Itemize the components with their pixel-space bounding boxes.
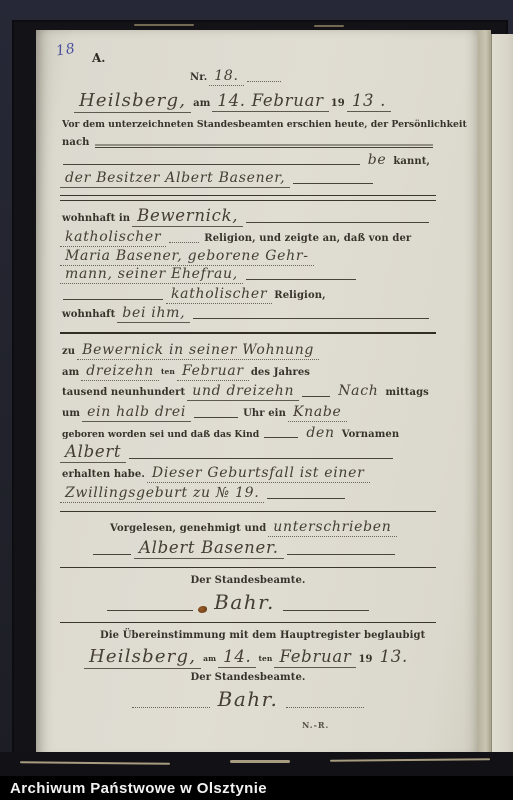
handwritten-text: Heilsberg, xyxy=(84,646,201,669)
blank-line xyxy=(132,707,210,708)
cover-wear-mark xyxy=(314,25,344,27)
bekannt-line: bekannt, xyxy=(60,152,436,169)
printed-text: am xyxy=(60,367,81,378)
closing-rule xyxy=(60,511,436,514)
handwritten-text: 14. Februar xyxy=(212,91,328,112)
blank-line xyxy=(107,610,193,611)
blank-line xyxy=(287,554,395,555)
residence-line: wohnhaft inBewernick, xyxy=(60,206,436,227)
religion-line: katholischerReligion, und zeigte an, daß… xyxy=(60,229,436,247)
certification-rule xyxy=(60,622,436,625)
blank-line xyxy=(169,242,199,243)
printed-text: Religion, und zeigte an, daß von der xyxy=(202,233,413,244)
nach-line: nach xyxy=(60,137,436,152)
twin-note-line-1: erhalten habe.Dieser Geburtsfall ist ein… xyxy=(60,465,436,483)
blank-line xyxy=(63,164,360,165)
printed-text: wohnhaft xyxy=(60,309,117,320)
printed-text: ten xyxy=(256,654,274,663)
handwritten-text: Februar xyxy=(177,363,249,381)
scanned-register-photo: 18 A. Nr.18.Heilsberg,am14. Februar1913 … xyxy=(0,0,513,800)
section-letter: A. xyxy=(92,51,106,65)
certification-dateline: Heilsberg,am14.tenFebruar1913. xyxy=(60,646,436,669)
handwritten-text: Bewernick in seiner Wohnung xyxy=(77,342,319,360)
intro-line: Vor dem unterzeichneten Standesbeamten e… xyxy=(60,119,436,134)
printed-text: Vorgelesen, genehmigt und xyxy=(108,523,268,534)
handwritten-text: 18. xyxy=(209,68,243,86)
printed-text: geboren worden sei und daß das Kind xyxy=(60,429,261,440)
handwritten-text: Bahr. xyxy=(209,590,280,615)
handwritten-text: ein halb drei xyxy=(82,404,191,422)
blank-line xyxy=(286,707,364,708)
blank-line xyxy=(95,147,433,148)
archive-watermark-text: Archiwum Państwowe w Olsztynie xyxy=(0,780,267,797)
printed-text: mittags xyxy=(383,387,430,398)
mother-line-1: Maria Basener, geborene Gehr- xyxy=(60,248,436,266)
section-rule xyxy=(60,332,436,336)
dateline: Heilsberg,am14. Februar1913 . xyxy=(60,90,436,113)
cover-wear-mark xyxy=(134,24,194,26)
printed-text: wohnhaft in xyxy=(60,213,132,224)
printed-text: nach xyxy=(60,137,92,148)
divider xyxy=(60,195,436,201)
printed-text: 19 xyxy=(329,98,347,109)
registrar-title-2: Der Standesbeamte. xyxy=(60,672,436,687)
blank-line xyxy=(246,279,356,280)
printed-text: 19 xyxy=(356,654,374,665)
facing-page-edge xyxy=(491,34,513,760)
printed-text: Uhr ein xyxy=(241,408,288,419)
register-page: 18 A. Nr.18.Heilsberg,am14. Februar1913 … xyxy=(36,30,478,757)
handwritten-text: der Besitzer Albert Basener, xyxy=(60,170,290,188)
printed-text: ten xyxy=(159,367,177,376)
handwritten-text: katholischer xyxy=(60,229,166,247)
archive-watermark-bar: Archiwum Państwowe w Olsztynie xyxy=(0,776,513,800)
child-line: geboren worden sei und daß das KinddenVo… xyxy=(60,425,436,442)
handwritten-text: Bahr. xyxy=(213,687,284,712)
registrar-signature-2: Bahr. xyxy=(60,687,436,712)
page-number: 18 xyxy=(55,41,77,60)
signature-rule xyxy=(60,567,436,570)
handwritten-text: Zwillingsgeburt zu № 19. xyxy=(60,485,264,503)
handwritten-text: Heilsberg, xyxy=(74,90,191,113)
certification-line: Die Übereinstimmung mit dem Hauptregiste… xyxy=(60,630,436,645)
handwritten-text: 14. xyxy=(218,647,256,668)
handwritten-text: Bewernick, xyxy=(132,206,243,227)
handwritten-text: 13. xyxy=(375,647,413,667)
record-number-line: Nr.18. xyxy=(60,68,436,86)
twin-note-line-2: Zwillingsgeburt zu № 19. xyxy=(60,485,436,503)
handwritten-text: bei ihm, xyxy=(117,305,190,323)
printed-text: Religion, xyxy=(272,290,327,301)
printed-text: zu xyxy=(60,346,77,357)
blank-line xyxy=(264,437,298,438)
printed-text: kannt, xyxy=(391,156,432,167)
birthtime-line: umein halb dreiUhr einKnabe xyxy=(60,404,436,422)
blank-line xyxy=(246,222,429,223)
registrar-title-1: Der Standesbeamte. xyxy=(60,575,436,590)
handwritten-text: katholischer xyxy=(166,286,272,304)
birthyear-line: tausend neunhundertund dreizehnNachmitta… xyxy=(60,383,436,401)
handwritten-text: Albert Basener. xyxy=(134,538,284,559)
handwritten-text: mann, seiner Ehefrau, xyxy=(60,266,243,284)
printed-text: am xyxy=(201,654,218,663)
printed-text: um xyxy=(60,408,82,419)
blank-line xyxy=(63,299,163,300)
cover-wear-mark xyxy=(230,760,290,763)
birthplace-line: zuBewernick in seiner Wohnung xyxy=(60,342,436,360)
blank-line xyxy=(93,554,131,555)
cover-wear-mark xyxy=(20,761,170,765)
handwritten-text: Nach xyxy=(333,383,383,400)
handwritten-text: den xyxy=(301,425,339,442)
blank-line xyxy=(283,610,369,611)
printer-mark: N.-R. xyxy=(302,720,329,730)
book-cover-bottom-edge xyxy=(0,752,513,776)
handwritten-text: Maria Basener, geborene Gehr- xyxy=(60,248,314,266)
blank-line xyxy=(194,417,238,418)
blank-line xyxy=(129,458,393,459)
printed-text: erhalten habe. xyxy=(60,469,147,480)
handwritten-text: und dreizehn xyxy=(187,383,299,401)
blank-line xyxy=(302,396,330,397)
blank-line xyxy=(247,81,281,82)
handwritten-text: unterschrieben xyxy=(268,519,396,537)
printed-text: des Jahres xyxy=(249,367,312,378)
handwritten-text: 13 . xyxy=(347,91,391,112)
blank-line xyxy=(293,183,373,184)
declarant-line: der Besitzer Albert Basener, xyxy=(60,170,436,188)
printed-text: Der Standesbeamte. xyxy=(188,672,307,683)
printed-text: Vor dem unterzeichneten Standesbeamten e… xyxy=(60,119,469,130)
mother-residence-line: wohnhaftbei ihm, xyxy=(60,305,436,323)
mother-religion-line: katholischerReligion, xyxy=(60,286,436,304)
approval-line: Vorgelesen, genehmigt undunterschrieben xyxy=(60,519,436,537)
printed-text: Vornamen xyxy=(340,429,402,440)
printed-text: Die Übereinstimmung mit dem Hauptregiste… xyxy=(98,630,427,641)
declarant-signature-line: Albert Basener. xyxy=(60,538,436,559)
handwritten-text: Albert xyxy=(60,442,126,463)
forename-line: Albert xyxy=(60,442,436,463)
blank-line xyxy=(267,498,345,499)
blank-line xyxy=(193,318,429,319)
printed-text: Nr. xyxy=(188,72,209,83)
printed-text: tausend neunhundert xyxy=(60,387,187,398)
mother-line-2: mann, seiner Ehefrau, xyxy=(60,266,436,284)
printed-text: Der Standesbeamte. xyxy=(188,575,307,586)
form-body: Nr.18.Heilsberg,am14. Februar1913 .Vor d… xyxy=(60,68,436,712)
handwritten-text: Knabe xyxy=(288,404,347,422)
handwritten-text: dreizehn xyxy=(81,363,159,381)
page-gutter xyxy=(478,30,491,760)
printed-text: am xyxy=(191,98,212,109)
handwritten-text: Dieser Geburtsfall ist einer xyxy=(147,465,370,483)
handwritten-text: be xyxy=(363,152,392,169)
ink-stain xyxy=(198,606,207,613)
birthdate-line: amdreizehntenFebruardes Jahres xyxy=(60,363,436,381)
handwritten-text: Februar xyxy=(274,647,356,668)
registrar-signature-1: Bahr. xyxy=(60,590,436,615)
cover-wear-mark xyxy=(330,758,490,761)
